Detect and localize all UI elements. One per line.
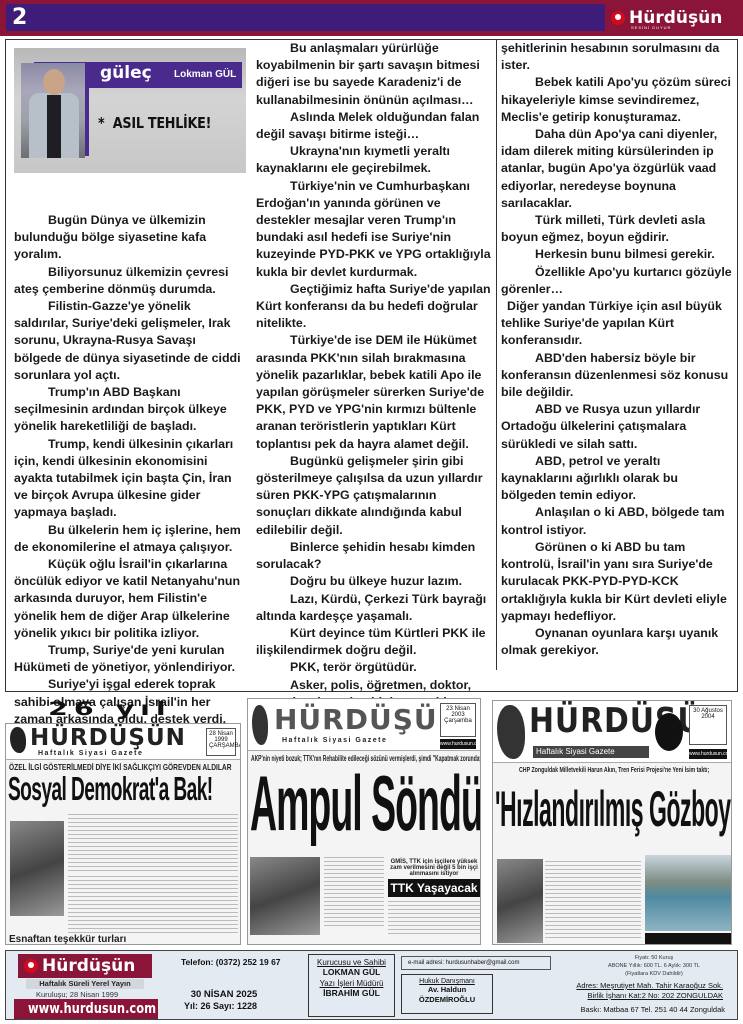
clipping-photo bbox=[250, 857, 320, 935]
clipping-harbor-photo bbox=[645, 855, 731, 931]
newspaper-clipping-2004: HÜRDÜŞÜN Haftalık Siyasi Gazete 30 Ağust… bbox=[492, 700, 732, 945]
paragraph: Türkiye'nin ve Cumhurbaşkanı Erdoğan'ın … bbox=[256, 178, 492, 281]
page-header: 2 Hürdüşün SESİNİ DUYUR bbox=[0, 0, 743, 36]
paragraph: Trump, Suriye'de yeni kurulan Hükümeti d… bbox=[14, 642, 246, 676]
footer-logo: Hürdüşün bbox=[18, 954, 152, 978]
paragraph: Türkiye'de ise DEM ile Hükümet arasında … bbox=[256, 332, 492, 452]
column-divider bbox=[496, 40, 497, 670]
eye-icon bbox=[655, 713, 683, 751]
paragraph: Bugün Dünya ve ülkemizin bulunduğu bölge… bbox=[14, 212, 246, 264]
paragraph: Özellikle Apo'yu kurtarıcı gözüyle gören… bbox=[501, 264, 735, 298]
paragraph: PKK, terör örgütüdür. bbox=[256, 659, 492, 676]
paragraph: Geçtiğimiz hafta Suriye'de yapılan Kürt … bbox=[256, 281, 492, 333]
article-frame: güleç Lokman GÜL * ASIL TEHLİKE! Bugün D… bbox=[5, 39, 738, 692]
paragraph: Trump, kendi ülkesinin çıkarları için, k… bbox=[14, 436, 246, 522]
flag-icon bbox=[24, 959, 38, 973]
paragraph: Bu anlaşmaları yürürlüğe koyabilmenin bi… bbox=[256, 40, 492, 109]
paragraph: Görünen o ki ABD bu tam kontrolü, İsrail… bbox=[501, 539, 735, 625]
clipping-masthead: HÜRDÜŞÜN Haftalık Siyasi Gazete 28 Nisan… bbox=[6, 724, 240, 760]
paragraph: Binlerce şehidin hesabı kimden sorulacak… bbox=[256, 539, 492, 573]
price-info: Fiyatı: 50 Kuruş ABONE Yıllık: 600 TL. 6… bbox=[589, 954, 719, 978]
address: Adres: Meşrutiyet Mah. Tahir Karaoğuz So… bbox=[576, 981, 723, 1001]
map-icon bbox=[497, 705, 525, 759]
paragraph: Trump'ın ABD Başkanı seçilmesinin ardınd… bbox=[14, 384, 246, 436]
paragraph: ABD ve Rusya uzun yıllardır Ortadoğu ülk… bbox=[501, 401, 735, 453]
paragraph: Aslında Melek olduğundan falan değil sav… bbox=[256, 109, 492, 143]
newspaper-clipping-2003: HÜRDÜŞÜN Haftalık Siyasi Gazete 23 Nisan… bbox=[247, 698, 481, 945]
paragraph: Bebek katili Apo'yu çözüm süreci hikayel… bbox=[501, 74, 735, 126]
clipping-photo bbox=[10, 821, 64, 916]
clipping-masthead: HÜRDÜŞÜN Haftalık Siyasi Gazete 30 Ağust… bbox=[493, 701, 731, 763]
paragraph: Daha dün Apo'ya cani diyenler, idam dile… bbox=[501, 126, 735, 212]
flag-icon bbox=[611, 11, 625, 25]
founded-date: Kuruluşu; 28 Nisan 1999 bbox=[36, 990, 118, 999]
email-address[interactable]: e-mail adresi: hurdusunhaber@gmail.com bbox=[401, 956, 551, 970]
paragraph: Lazı, Kürdü, Çerkezi Türk bayrağı altınd… bbox=[256, 591, 492, 625]
paragraph: Oynanan oyunlara karşı uyanık olmak gere… bbox=[501, 625, 735, 659]
owner-editor-box: Kurucusu ve Sahibi LOKMAN GÜL Yazı İşler… bbox=[308, 954, 395, 1017]
paragraph: Diğer yandan Türkiye için asıl büyük teh… bbox=[501, 298, 735, 350]
newspaper-logo: Hürdüşün SESİNİ DUYUR bbox=[605, 4, 737, 31]
paragraph: Ukrayna'nın kıymetli yeraltı kaynakların… bbox=[256, 143, 492, 177]
paragraph: Küçük oğlu İsrail'in çıkarlarına öncülük… bbox=[14, 556, 246, 642]
article-column-3: şehitlerinin hesabının sorulmasını da is… bbox=[501, 40, 735, 659]
page-number: 2 bbox=[12, 4, 27, 31]
paragraph: Anlaşılan o ki ABD, bölgede tam kontrol … bbox=[501, 504, 735, 538]
author-photo bbox=[21, 63, 85, 158]
paragraph: ABD'den habersiz böyle bir konferansın d… bbox=[501, 350, 735, 402]
map-icon bbox=[252, 705, 268, 745]
paragraph: Filistin-Gazze'ye yönelik saldırılar, Su… bbox=[14, 298, 246, 384]
paragraph: Doğru bu ülkeye huzur lazım. bbox=[256, 573, 492, 590]
anniversary-title: 26 yıl bbox=[48, 698, 172, 720]
masthead-footer: Hürdüşün Haftalık Süreli Yerel Yayın Kur… bbox=[5, 950, 738, 1020]
issue-date: 30 NİSAN 2025 bbox=[186, 989, 262, 1000]
year-issue: Yıl: 26 Sayı: 1228 bbox=[184, 1001, 257, 1011]
paragraph: Kürt deyince tüm Kürtleri PKK ile ilişki… bbox=[256, 625, 492, 659]
paragraph: Türk milleti, Türk devleti asla boyun eğ… bbox=[501, 212, 735, 246]
website-link[interactable]: www.hurdusun.com bbox=[14, 999, 158, 1019]
clipping-masthead: HÜRDÜŞÜN Haftalık Siyasi Gazete 23 Nisan… bbox=[248, 699, 480, 751]
paragraph: şehitlerinin hesabının sorulmasını da is… bbox=[501, 40, 735, 74]
phone-number: Telefon: (0372) 252 19 67 bbox=[181, 957, 281, 967]
paragraph: Bu ülkelerin hem iç işlerine, hem de eko… bbox=[14, 522, 246, 556]
author-name: Lokman GÜL bbox=[174, 69, 236, 80]
legal-advisor-box: Hukuk Danışmanı Av. Haldun ÖZDEMİROĞLU bbox=[401, 974, 493, 1014]
column-name: güleç bbox=[100, 63, 152, 83]
column-header-image: güleç Lokman GÜL * ASIL TEHLİKE! bbox=[14, 48, 246, 173]
paragraph: ABD, petrol ve yeraltı kaynaklarını ağır… bbox=[501, 453, 735, 505]
publication-type: Haftalık Süreli Yerel Yayın bbox=[26, 979, 144, 989]
map-icon bbox=[10, 727, 26, 753]
printing-info: Baskı: Matbaa 67 Tel. 251 40 44 Zongulda… bbox=[580, 1005, 725, 1014]
paragraph: Bugünkü gelişmeler şirin gibi gösterilme… bbox=[256, 453, 492, 539]
clipping-photo bbox=[497, 859, 543, 943]
newspaper-clipping-1999: HÜRDÜŞÜN Haftalık Siyasi Gazete 28 Nisan… bbox=[5, 723, 241, 945]
article-title: * ASIL TEHLİKE! bbox=[98, 114, 211, 132]
paragraph: Biliyorsunuz ülkemizin çevresi ateş çemb… bbox=[14, 264, 246, 298]
paragraph: Herkesin bunu bilmesi gerekir. bbox=[501, 246, 735, 263]
